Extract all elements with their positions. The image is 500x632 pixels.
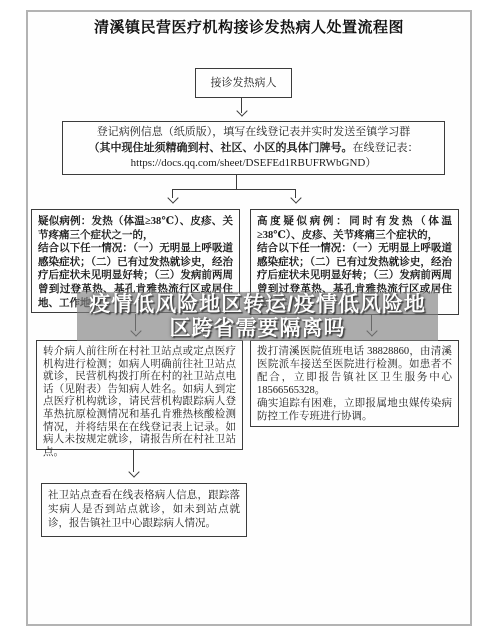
watermark-line1: 疫情低风险地区转运/疫情低风险地 bbox=[89, 293, 426, 317]
watermark-line2: 区跨省需要隔离吗 bbox=[170, 317, 346, 341]
register-line2-rest: 在线登记表： bbox=[353, 142, 419, 154]
box-receive-fever-patient: 接诊发热病人 bbox=[195, 68, 292, 98]
register-line2-bold: （其中现住址须精确到村、社区、小区的具体门牌号。 bbox=[89, 142, 353, 154]
watermark-overlay: 疫情低风险地区转运/疫情低风险地 区跨省需要隔离吗 bbox=[77, 292, 438, 341]
box-receive-label: 接诊发热病人 bbox=[211, 77, 277, 89]
connector-line bbox=[236, 175, 237, 190]
box-register-case-info: 登记病例信息（纸质版），填写在线登记表并实时发送至镇学习群 （其中现住址须精确到… bbox=[62, 121, 445, 175]
register-online-form-url: https://docs.qq.com/sheet/DSEFEd1RBUFRWb… bbox=[131, 157, 377, 169]
connector-branch-line bbox=[172, 189, 296, 190]
box-referral-testing-action: 转介病人前往所在村社卫站点或定点医疗机构进行检测；如病人明确前往社卫站点就诊，民… bbox=[36, 340, 243, 450]
box-hospital-transfer-action: 拨打清溪医院值班电话 38828860，由清溪医院派车接送至医院进行检测。如患者… bbox=[250, 340, 459, 427]
register-line1: 登记病例信息（纸质版），填写在线登记表并实时发送至镇学习群 bbox=[97, 126, 411, 138]
page-title: 清溪镇民营医疗机构接诊发热病人处置流程图 bbox=[26, 16, 472, 37]
flowchart-page: 清溪镇民营医疗机构接诊发热病人处置流程图 接诊发热病人 登记病例信息（纸质版），… bbox=[0, 0, 500, 632]
box-station-followup: 社卫站点查看在线表格病人信息，跟踪落实病人是否到站点就诊，如未到站点就诊，报告镇… bbox=[41, 483, 247, 537]
